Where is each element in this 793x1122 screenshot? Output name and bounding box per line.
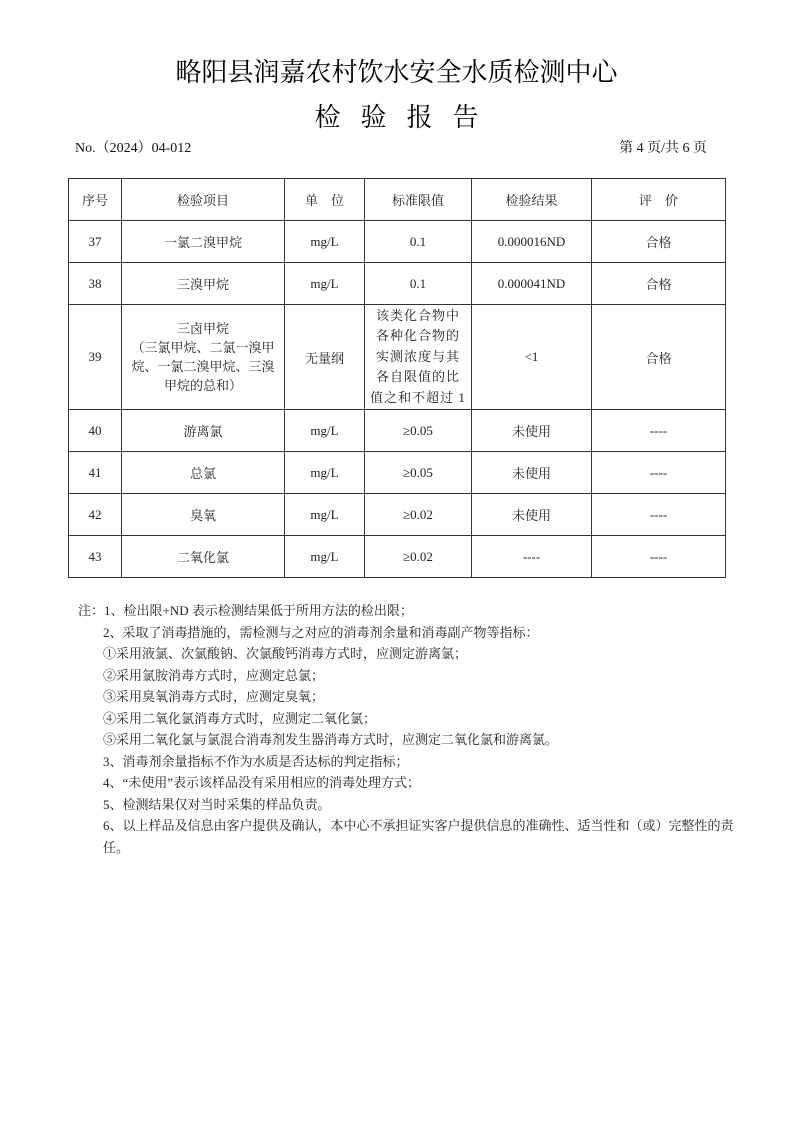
cell-result: <1 <box>472 305 592 410</box>
cell-unit: mg/L <box>285 536 365 578</box>
cell-evaluation: ---- <box>592 494 726 536</box>
report-number: No.（2024）04-012 <box>75 137 191 157</box>
cell-limit: 0.1 <box>365 263 472 305</box>
results-table: 序号 检验项目 单 位 标准限值 检验结果 评 价 37 一氯二溴甲烷 mg/L… <box>68 178 726 578</box>
column-header-limit: 标准限值 <box>365 179 472 221</box>
cell-limit: 该类化合物中 各种化合物的 实测浓度与其 各自限值的比 值之和不超过 1 <box>365 305 472 410</box>
cell-item: 总氯 <box>122 452 285 494</box>
document-title: 略阳县润嘉农村饮水安全水质检测中心 <box>0 52 793 89</box>
cell-item-line: 三卤甲烷 <box>124 319 282 338</box>
cell-unit: 无量纲 <box>285 305 365 410</box>
column-header-no: 序号 <box>69 179 122 221</box>
cell-limit: ≥0.02 <box>365 536 472 578</box>
cell-no: 40 <box>69 410 122 452</box>
note-line: ⑤采用二氧化氯与氯混合消毒剂发生器消毒方式时，应测定二氧化氯和游离氯。 <box>78 729 738 751</box>
cell-limit-line: 各自限值的比 <box>367 367 469 388</box>
cell-item-line: （三氯甲烷、二氯一溴甲 <box>124 338 282 357</box>
cell-item: 游离氯 <box>122 410 285 452</box>
note-line: 4、“未使用”表示该样品没有采用相应的消毒处理方式； <box>78 772 738 794</box>
cell-unit: mg/L <box>285 410 365 452</box>
table-row: 37 一氯二溴甲烷 mg/L 0.1 0.000016ND 合格 <box>69 221 726 263</box>
cell-limit-line: 实测浓度与其 <box>367 347 469 368</box>
table-header-row: 序号 检验项目 单 位 标准限值 检验结果 评 价 <box>69 179 726 221</box>
cell-limit-line: 值之和不超过 1 <box>367 388 469 409</box>
note-line: ①采用液氯、次氯酸钠、次氯酸钙消毒方式时，应测定游离氯； <box>78 643 738 665</box>
cell-unit: mg/L <box>285 494 365 536</box>
cell-limit-line: 该类化合物中 <box>367 306 469 327</box>
note-line: 6、以上样品及信息由客户提供及确认，本中心不承担证实客户提供信息的准确性、适当性… <box>53 815 738 858</box>
cell-result: 未使用 <box>472 410 592 452</box>
cell-item: 二氧化氯 <box>122 536 285 578</box>
note-line: 2、采取了消毒措施的，需检测与之对应的消毒剂余量和消毒副产物等指标： <box>78 622 738 644</box>
column-header-result: 检验结果 <box>472 179 592 221</box>
table-row: 39 三卤甲烷 （三氯甲烷、二氯一溴甲 烷、一氯二溴甲烷、三溴 甲烷的总和） 无… <box>69 305 726 410</box>
note-line-text: 6、以上样品及信息由客户提供及确认，本中心不承担证实客户提供信息的准确性、适当性… <box>78 815 738 858</box>
table-row: 38 三溴甲烷 mg/L 0.1 0.000041ND 合格 <box>69 263 726 305</box>
notes-section: 注：1、检出限+ND 表示检测结果低于所用方法的检出限； 2、采取了消毒措施的，… <box>78 600 738 858</box>
cell-item-line: 烷、一氯二溴甲烷、三溴 <box>124 357 282 376</box>
cell-unit: mg/L <box>285 263 365 305</box>
cell-no: 43 <box>69 536 122 578</box>
cell-result: 0.000041ND <box>472 263 592 305</box>
cell-evaluation: 合格 <box>592 221 726 263</box>
note-line: ③采用臭氧消毒方式时，应测定臭氧； <box>78 686 738 708</box>
table-row: 41 总氯 mg/L ≥0.05 未使用 ---- <box>69 452 726 494</box>
cell-item: 三卤甲烷 （三氯甲烷、二氯一溴甲 烷、一氯二溴甲烷、三溴 甲烷的总和） <box>122 305 285 410</box>
note-line: ④采用二氧化氯消毒方式时，应测定二氧化氯； <box>78 708 738 730</box>
cell-result: 未使用 <box>472 494 592 536</box>
cell-no: 41 <box>69 452 122 494</box>
cell-limit: 0.1 <box>365 221 472 263</box>
note-line: 3、消毒剂余量指标不作为水质是否达标的判定指标； <box>78 751 738 773</box>
table-row: 40 游离氯 mg/L ≥0.05 未使用 ---- <box>69 410 726 452</box>
cell-no: 38 <box>69 263 122 305</box>
column-header-evaluation: 评 价 <box>592 179 726 221</box>
table-row: 43 二氧化氯 mg/L ≥0.02 ---- ---- <box>69 536 726 578</box>
cell-item: 臭氧 <box>122 494 285 536</box>
cell-evaluation: 合格 <box>592 263 726 305</box>
column-header-unit: 单 位 <box>285 179 365 221</box>
cell-no: 42 <box>69 494 122 536</box>
cell-limit: ≥0.05 <box>365 452 472 494</box>
cell-evaluation: 合格 <box>592 305 726 410</box>
document-subtitle: 检验报告 <box>0 97 793 134</box>
cell-unit: mg/L <box>285 452 365 494</box>
cell-result: 0.000016ND <box>472 221 592 263</box>
note-line: 5、检测结果仅对当时采集的样品负责。 <box>78 794 738 816</box>
cell-no: 37 <box>69 221 122 263</box>
cell-limit: ≥0.02 <box>365 494 472 536</box>
cell-limit: ≥0.05 <box>365 410 472 452</box>
cell-unit: mg/L <box>285 221 365 263</box>
cell-item: 一氯二溴甲烷 <box>122 221 285 263</box>
cell-evaluation: ---- <box>592 536 726 578</box>
cell-item: 三溴甲烷 <box>122 263 285 305</box>
cell-no: 39 <box>69 305 122 410</box>
note-line: ②采用氯胺消毒方式时，应测定总氯； <box>78 665 738 687</box>
cell-result: 未使用 <box>472 452 592 494</box>
column-header-item: 检验项目 <box>122 179 285 221</box>
cell-limit-line: 各种化合物的 <box>367 326 469 347</box>
cell-evaluation: ---- <box>592 452 726 494</box>
page-indicator: 第 4 页/共 6 页 <box>619 137 707 157</box>
cell-item-line: 甲烷的总和） <box>124 376 282 395</box>
table-row: 42 臭氧 mg/L ≥0.02 未使用 ---- <box>69 494 726 536</box>
cell-evaluation: ---- <box>592 410 726 452</box>
note-line: 注：1、检出限+ND 表示检测结果低于所用方法的检出限； <box>78 600 738 622</box>
cell-result: ---- <box>472 536 592 578</box>
